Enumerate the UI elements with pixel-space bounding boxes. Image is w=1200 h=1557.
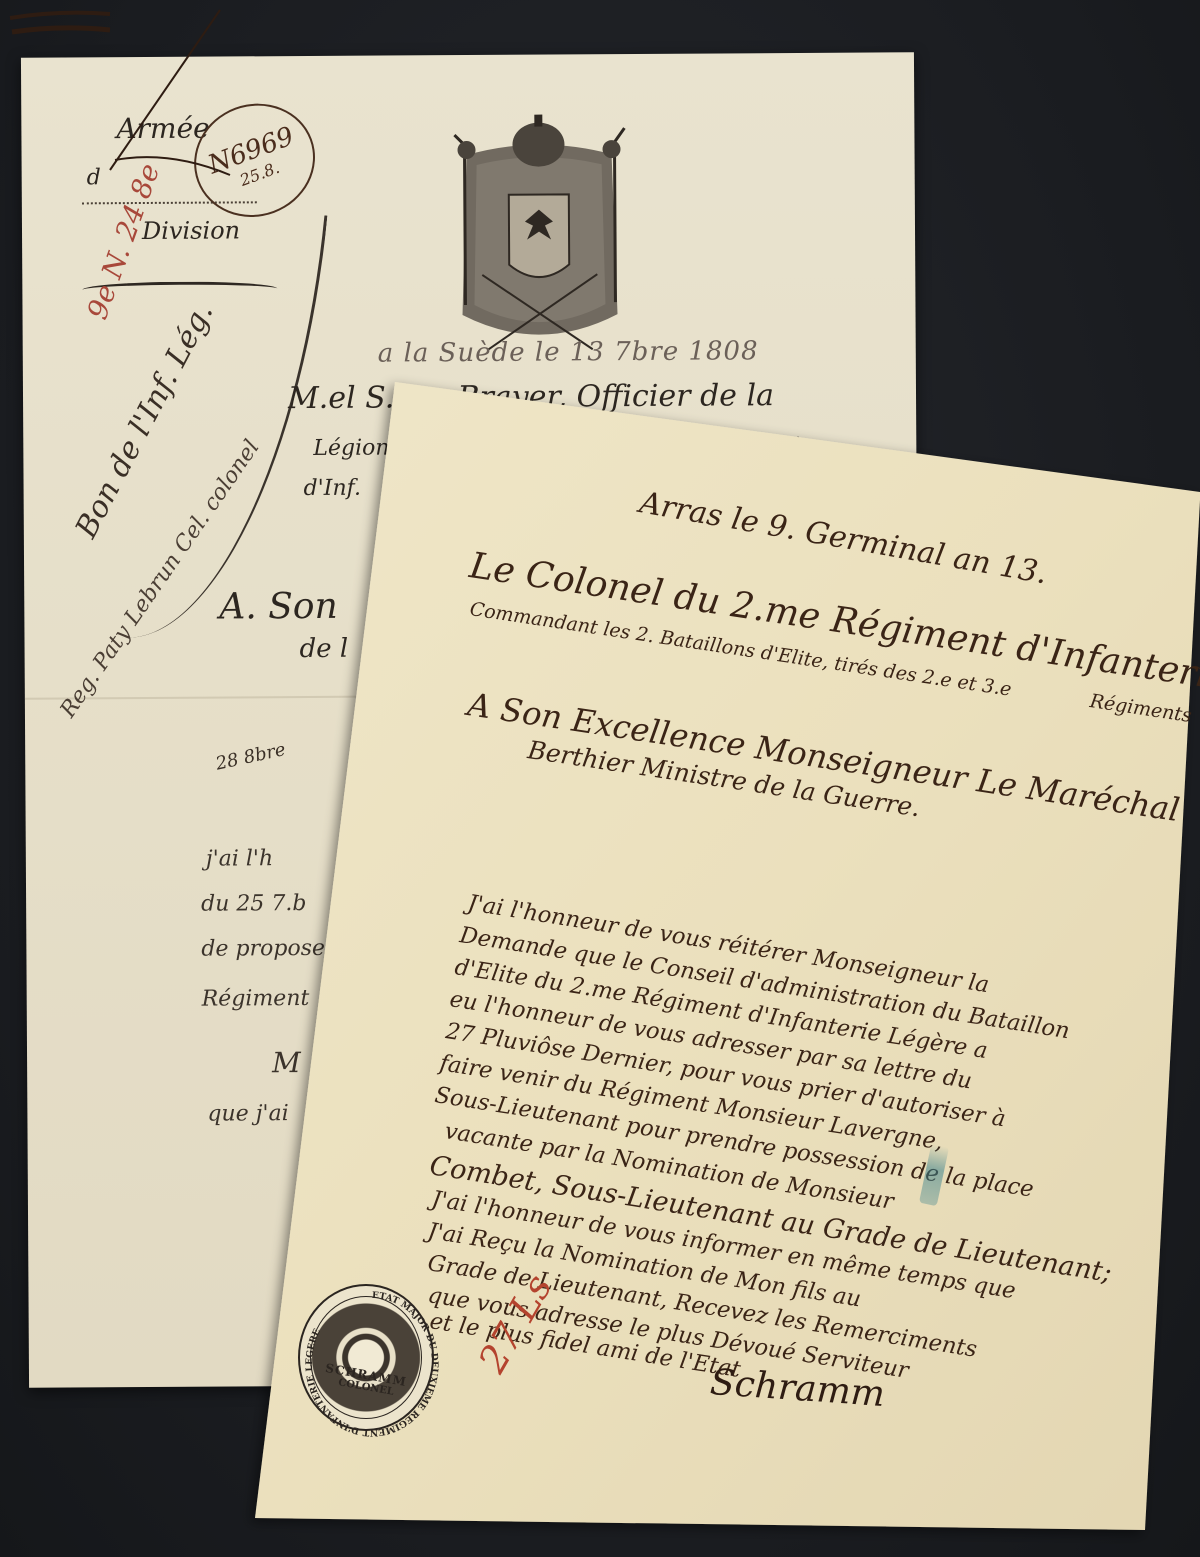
address-line-2-right: Régiment xyxy=(713,433,801,455)
back-body-line: M xyxy=(272,1046,301,1079)
imperial-crest-icon xyxy=(446,114,633,365)
letter-place-date: a la Suède le 13 7bre 1808 xyxy=(378,336,759,368)
back-body-line: du 25 7.b xyxy=(201,891,306,917)
address-line-1: M.el S.ltre Brayer, Officier de la xyxy=(288,378,774,416)
armee-number-label: d xyxy=(87,165,101,190)
address-line-3: d'Inf. xyxy=(304,476,361,501)
back-body-line: Régiment xyxy=(202,986,310,1012)
salutation-line-1: A. Son xyxy=(219,586,338,628)
back-letter-1808: Armée d Division N6969 25.8. 9e N. 24 8e… xyxy=(21,52,922,1387)
armee-header: Armée xyxy=(116,112,209,146)
back-body-line: j'ai l'h xyxy=(206,846,273,871)
back-body-line: de proposer xyxy=(201,936,335,962)
margin-date-note: 28 8bre xyxy=(214,739,288,775)
back-body-line: que j'ai xyxy=(207,1101,288,1126)
address-line-2-left: Légion xyxy=(313,435,389,460)
paper-fold-line xyxy=(25,692,918,699)
salutation-line-2: de l xyxy=(299,634,348,664)
